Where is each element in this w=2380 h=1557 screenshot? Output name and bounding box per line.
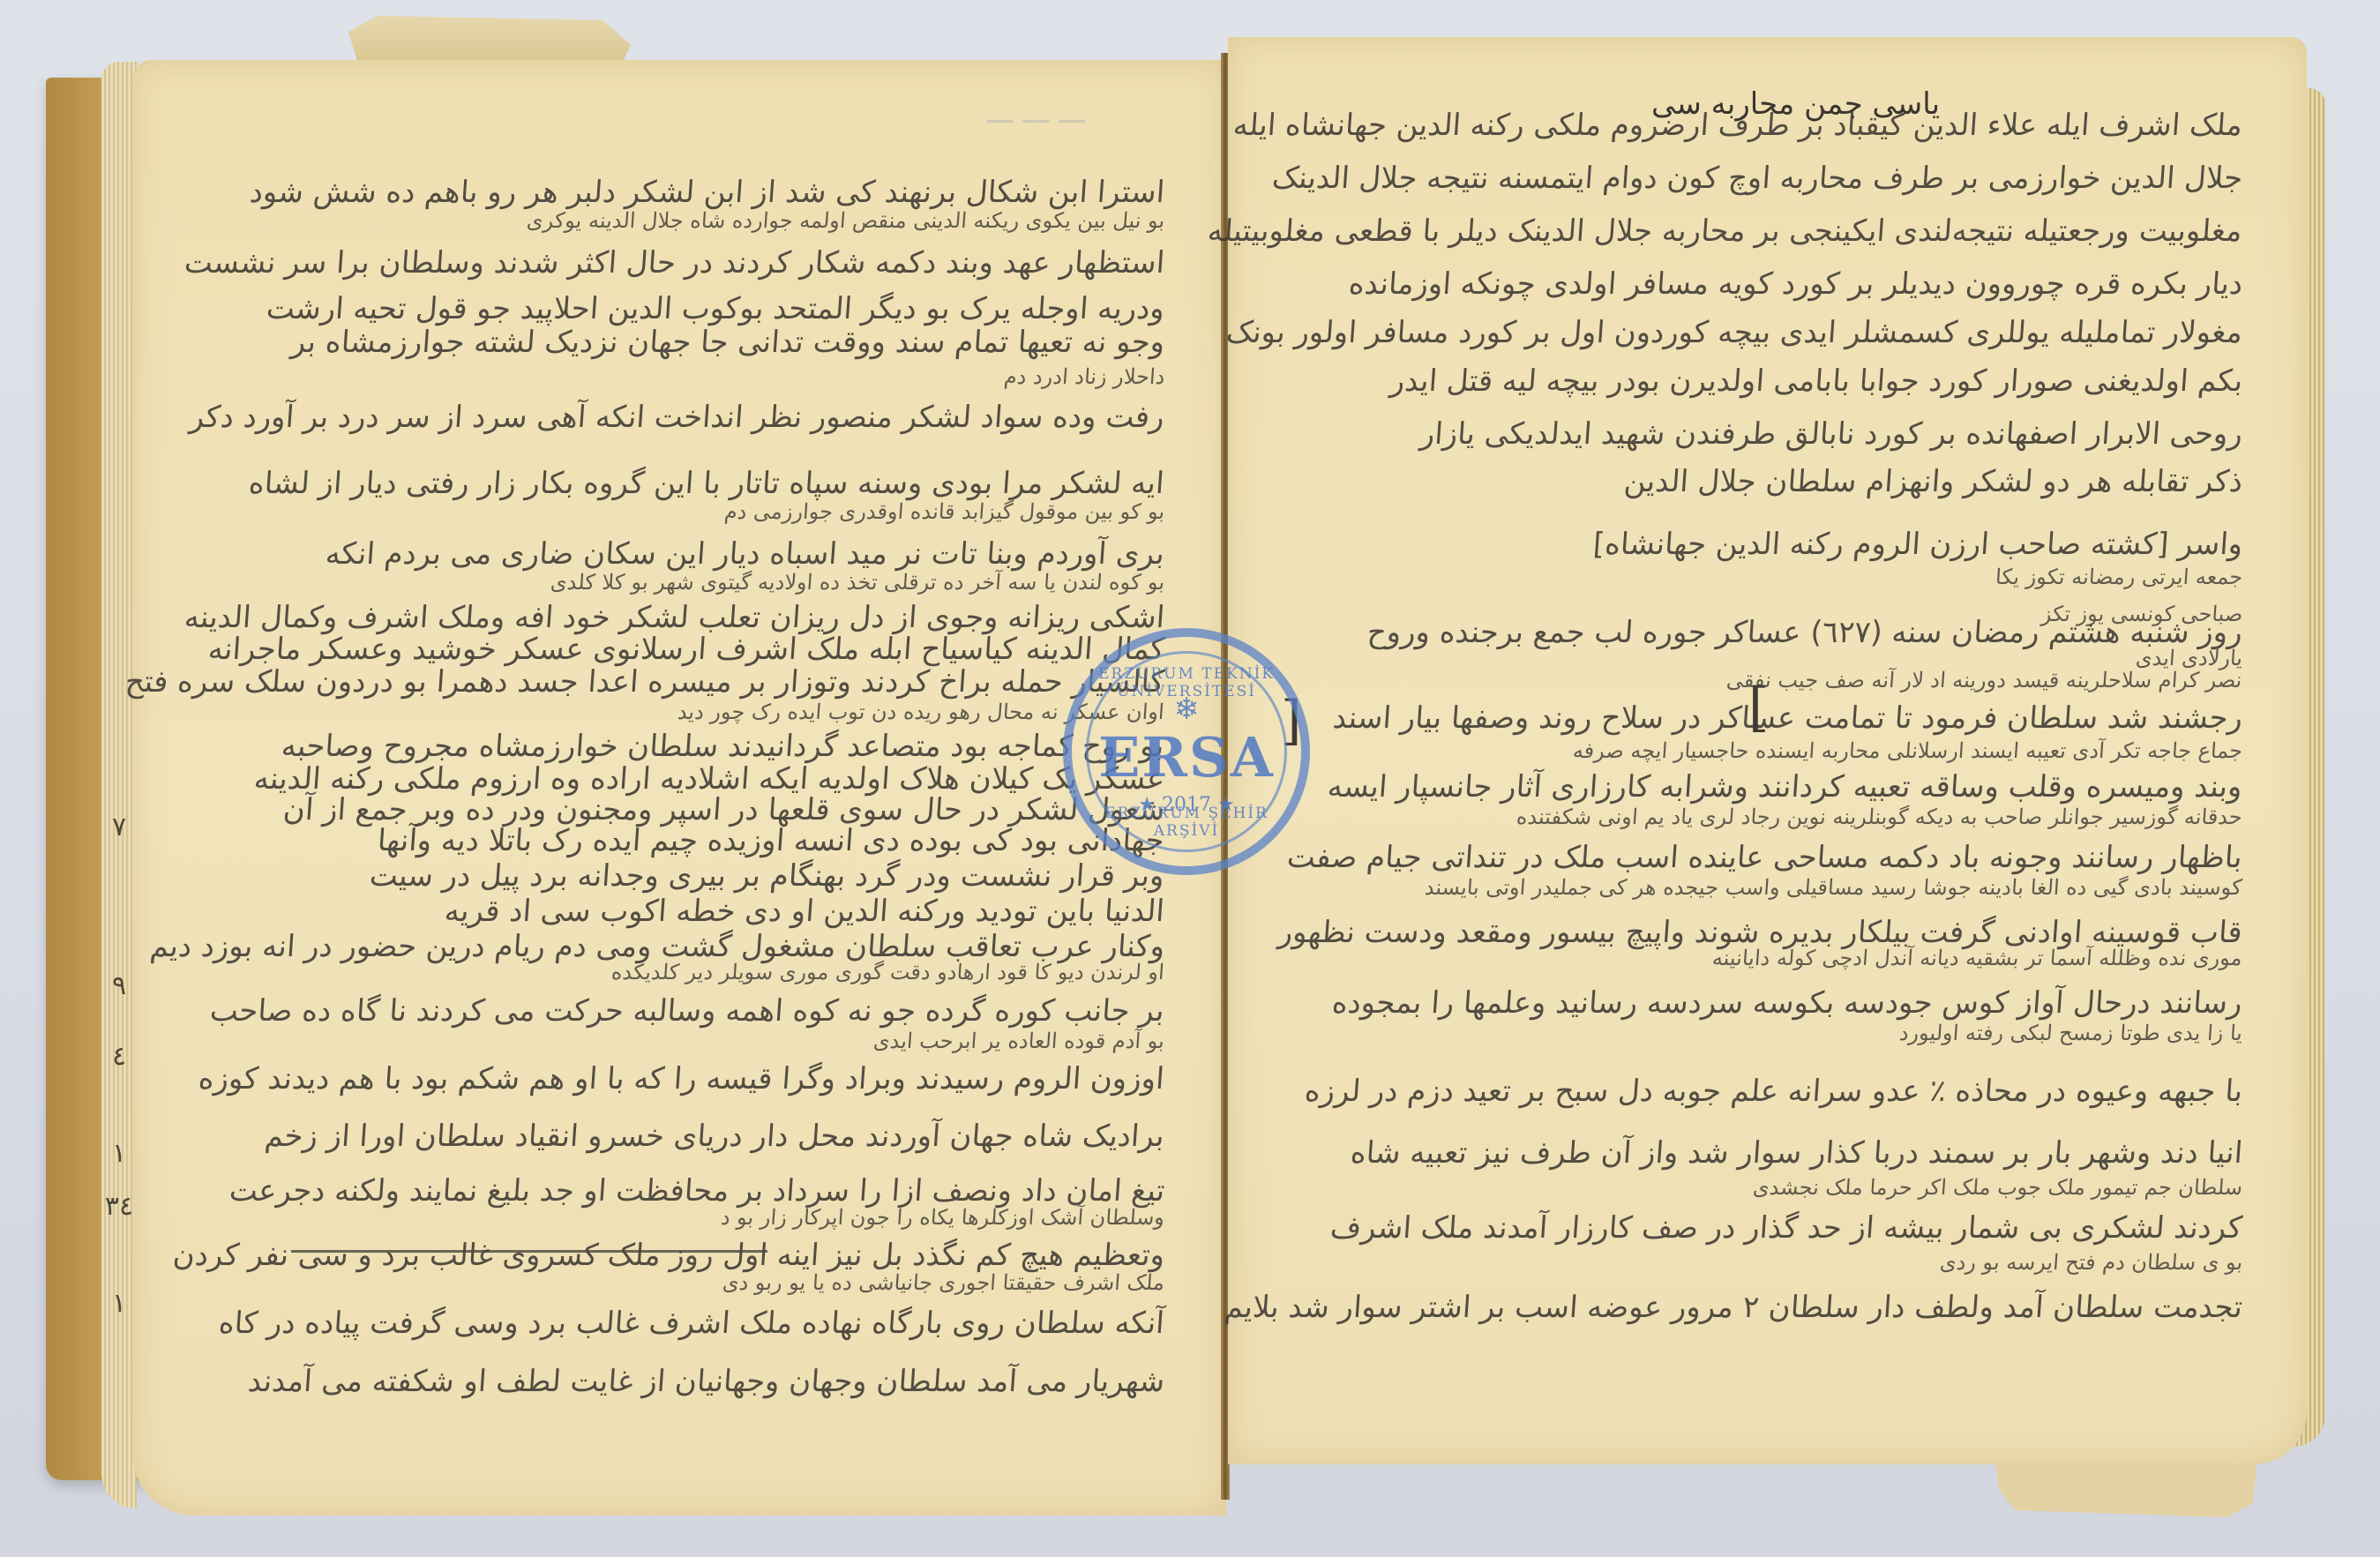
manuscript-line: ملک اشرف حقیقتا اجوری جانیاشی ده یا یو ر… xyxy=(722,1270,1165,1295)
manuscript-line: وکنار عرب تعاقب سلطان مشغول گشت ومی دم ر… xyxy=(148,929,1165,964)
manuscript-line: عسکر یک کیلان هلاک اولدیه ایکه اشلادیه ا… xyxy=(252,761,1165,797)
manuscript-line: بری آوردم وبنا تات نر مید اسباه دیار این… xyxy=(325,536,1166,572)
manuscript-line: برادیک شاه جهان آوردند محل دار دریای خسر… xyxy=(264,1119,1166,1154)
manuscript-line: آنکه سلطان روی بارگاه نهاده ملک اشرف غال… xyxy=(218,1306,1166,1341)
margin-number: ٧ xyxy=(93,812,146,842)
manuscript-line: بو نیل بین یکوی ریکنه الدینی منقص اولمه … xyxy=(526,208,1165,233)
margin-number: ١ xyxy=(93,1288,146,1319)
manuscript-line: رفت وده سواد لشکر منصور نظر انداخت انکه … xyxy=(189,400,1165,435)
manuscript-line: او لرندن دیو کا قود ارهادو دقت گوری موری… xyxy=(610,960,1165,984)
manuscript-line: بو ی سلطان دم فتح ایرسه بو ردی xyxy=(1939,1250,2243,1275)
manuscript-line: جماع جاجه تکر آدی تعیبه ایسند ارسلانلی م… xyxy=(1572,738,2243,763)
manuscript-line: شعول لشکر در حال سوی قلعها در اسپر ومجنو… xyxy=(281,792,1165,827)
manuscript-line: دیار بکره قره چوروون دیدیلر بر کورد کویه… xyxy=(1347,266,2243,302)
manuscript-line: جهادانی بود کی بوده دی انسه اوزیده چیم ا… xyxy=(377,823,1165,858)
manuscript-line: نصر کرام سلاحلرینه قیسد دورینه اد لار آن… xyxy=(1725,668,2242,692)
manuscript-line: حدقانه گوزسیر جوانلر صاحب به دیکه گوبنلر… xyxy=(1516,805,2243,829)
manuscript-line: موری نده وظلله آسما تر بشقیه دیانه آندل … xyxy=(1711,946,2243,970)
manuscript-line: با جبهه وعیوه در محاذه ٪ عدو سرانه علم ج… xyxy=(1303,1074,2243,1109)
manuscript-line: بو کو بین موقول گیزابد قانده اوقدری جوار… xyxy=(723,499,1165,524)
right-page: یاسی جمن محاربه سی ملک اشرف ایله علاء ال… xyxy=(1228,37,2307,1464)
margin-page-numbers: ٧٩٤١٣٤١ xyxy=(93,794,154,1411)
manuscript-line: الدنیا باین تودید ورکنه الدین او دی خطه … xyxy=(444,894,1166,929)
manuscript-line: انیا دند وشهر بار بر سمند دربا کذار سوار… xyxy=(1349,1135,2243,1171)
manuscript-line: سلطان جم تیمور ملک جوب ملک اکر حرما ملک … xyxy=(1752,1175,2243,1200)
manuscript-line: اشکی ریزانه وجوی از دل ریزان تعلب لشکر خ… xyxy=(183,600,1165,635)
manuscript-line: کوسیند بادی گیی ده الغا بادینه جوشا رسید… xyxy=(1424,875,2243,900)
stamp-brand: ERSA xyxy=(1072,725,1301,790)
manuscript-line: وجو نه تعیها تمام سند ووقت تدانی جا جهان… xyxy=(289,325,1165,360)
manuscript-line: کردند لشکری بی شمار بیشه از حد گذار در ص… xyxy=(1329,1210,2244,1246)
margin-number: ١ xyxy=(93,1138,146,1169)
manuscript-line: وبر قرار نشست ودر گرد بهنگام بر بیری وجد… xyxy=(369,858,1165,894)
manuscript-line: بو آدم قوده العاده یر ابرحب ایدی xyxy=(872,1029,1165,1053)
right-page-text: ملک اشرف ایله علاء الدین کیقباد بر طرف ا… xyxy=(1263,37,2242,1464)
snowflake-icon: ❄ xyxy=(1072,692,1301,727)
manuscript-line: باظهار رسانند وجونه باد دکمه مساحی عایند… xyxy=(1286,840,2244,875)
manuscript-line: استظهار عهد وبند دکمه شکار کردند در حال … xyxy=(183,245,1165,281)
manuscript-line: تجدمت سلطان آمد ولطف دار سلطان ٢ مرور عو… xyxy=(1224,1290,2244,1325)
manuscript-line: یا زا یدی طوتا زمسح لبکی رفته اولیورد xyxy=(1898,1021,2243,1045)
manuscript-line: روحی الابرار اصفهانده بر کورد نابالق طرف… xyxy=(1419,416,2244,452)
manuscript-line: بو کوه لندن یا سه آخر ده ترقلی تخذ ده او… xyxy=(550,570,1165,595)
manuscript-line: کالسیار حمله براخ کردند وتوزار بر میسره … xyxy=(124,664,1166,700)
manuscript-line: ودریه اوجله یرک بو دیگر المتحد بوکوب الد… xyxy=(266,291,1166,326)
manuscript-line: بکم اولدیغنی صورار کورد جوابا بابامی اول… xyxy=(1388,363,2243,399)
margin-number: ٣٤ xyxy=(93,1191,146,1222)
manuscript-line: وبند ومیسره وقلب وساقه تعبیه کردانند وشر… xyxy=(1327,769,2243,805)
manuscript-line: مغولار تماملیله یوللری کسمشلر ایدی بیچه … xyxy=(1225,315,2244,350)
margin-number: ٩ xyxy=(93,970,146,1001)
manuscript-line: مغلوبیت ورجعتیله نتیجه‌لندی ایکینجی بر م… xyxy=(1207,213,2243,249)
manuscript-line: قاب قوسینه اوادنی گرفت بیلکار بدیره شوند… xyxy=(1277,915,2244,950)
underline-mark xyxy=(291,1250,767,1253)
manuscript-line: ذکر تقابله هر دو لشکر وانهزام سلطان جلال… xyxy=(1622,464,2243,499)
manuscript-line: بر جانب کوره گرده جو نه کوه اهمه وسالبه … xyxy=(209,993,1166,1029)
manuscript-line: یارلادی ایدی xyxy=(2135,646,2243,670)
archive-stamp: ERZURUM TEKNİK ÜNİVERSİTESİ ❄ ERSA ★ 201… xyxy=(1063,628,1310,875)
stamp-archive-name: ERZURUM ŞEHİR ARŞİVİ xyxy=(1072,805,1301,840)
manuscript-line: ایه لشکر مرا بودی وسنه سپاه تاتار با این… xyxy=(248,466,1165,501)
manuscript-line: کمال الدینه کیاسیاح ابله ملک اشرف ارسلان… xyxy=(206,632,1165,667)
manuscript-line: استرا ابن شکال برنهند کی شد از ابن لشکر … xyxy=(248,175,1165,210)
manuscript-line: رجشند شد سلطان فرمود تا تمامت عساکر در س… xyxy=(1331,700,2243,736)
manuscript-line: واسر [کشته صاحب ارزن الروم رکنه الدین جه… xyxy=(1591,527,2243,562)
manuscript-line: جمعه ایرتی رمضانه تکوز یکا xyxy=(1995,565,2243,589)
bleed-through-text: ـــ ـــ ـــ xyxy=(987,95,1085,131)
manuscript-line: رسانند درحال آواز کوس جودسه بکوسه سردسه … xyxy=(1331,985,2243,1021)
manuscript-line: تیغ امان داد ونصف ازا را سرداد بر محافظت… xyxy=(228,1173,1165,1209)
manuscript-line: روز شنبه هشتم رمضان سنه (٦٢٧) عساکر جوره… xyxy=(1366,615,2244,650)
left-page: استرا ابن شکال برنهند کی شد از ابن لشکر … xyxy=(132,60,1226,1516)
left-page-text: استرا ابن شکال برنهند کی شد از ابن لشکر … xyxy=(185,60,1164,1516)
manuscript-line: ملک اشرف ایله علاء الدین کیقباد بر طرف ا… xyxy=(1232,108,2244,143)
manuscript-line: داحلار زناد ادرد دم xyxy=(1003,364,1165,389)
manuscript-line: جلال الدین خوارزمی بر طرف محاربه اوچ کون… xyxy=(1270,161,2243,196)
manuscript-line: شهریار می آمد سلطان وجهان وجهانیان از غا… xyxy=(246,1364,1165,1399)
manuscript-line: وسلطان آشک اوزکلرها یکاه را جون اپرکار ز… xyxy=(720,1205,1165,1230)
manuscript-line: اوزون الروم رسیدند وبراد وگرا قیسه را که… xyxy=(198,1061,1166,1097)
manuscript-line: وتعظیم هیچ کم نگذد بل نیز اینه اول روز م… xyxy=(171,1238,1165,1273)
left-bracket: [ xyxy=(1748,677,1769,738)
manuscript-line: بو روح کماجه بود متصاعد گردانیدند سلطان … xyxy=(281,729,1165,764)
margin-number: ٤ xyxy=(93,1041,146,1072)
